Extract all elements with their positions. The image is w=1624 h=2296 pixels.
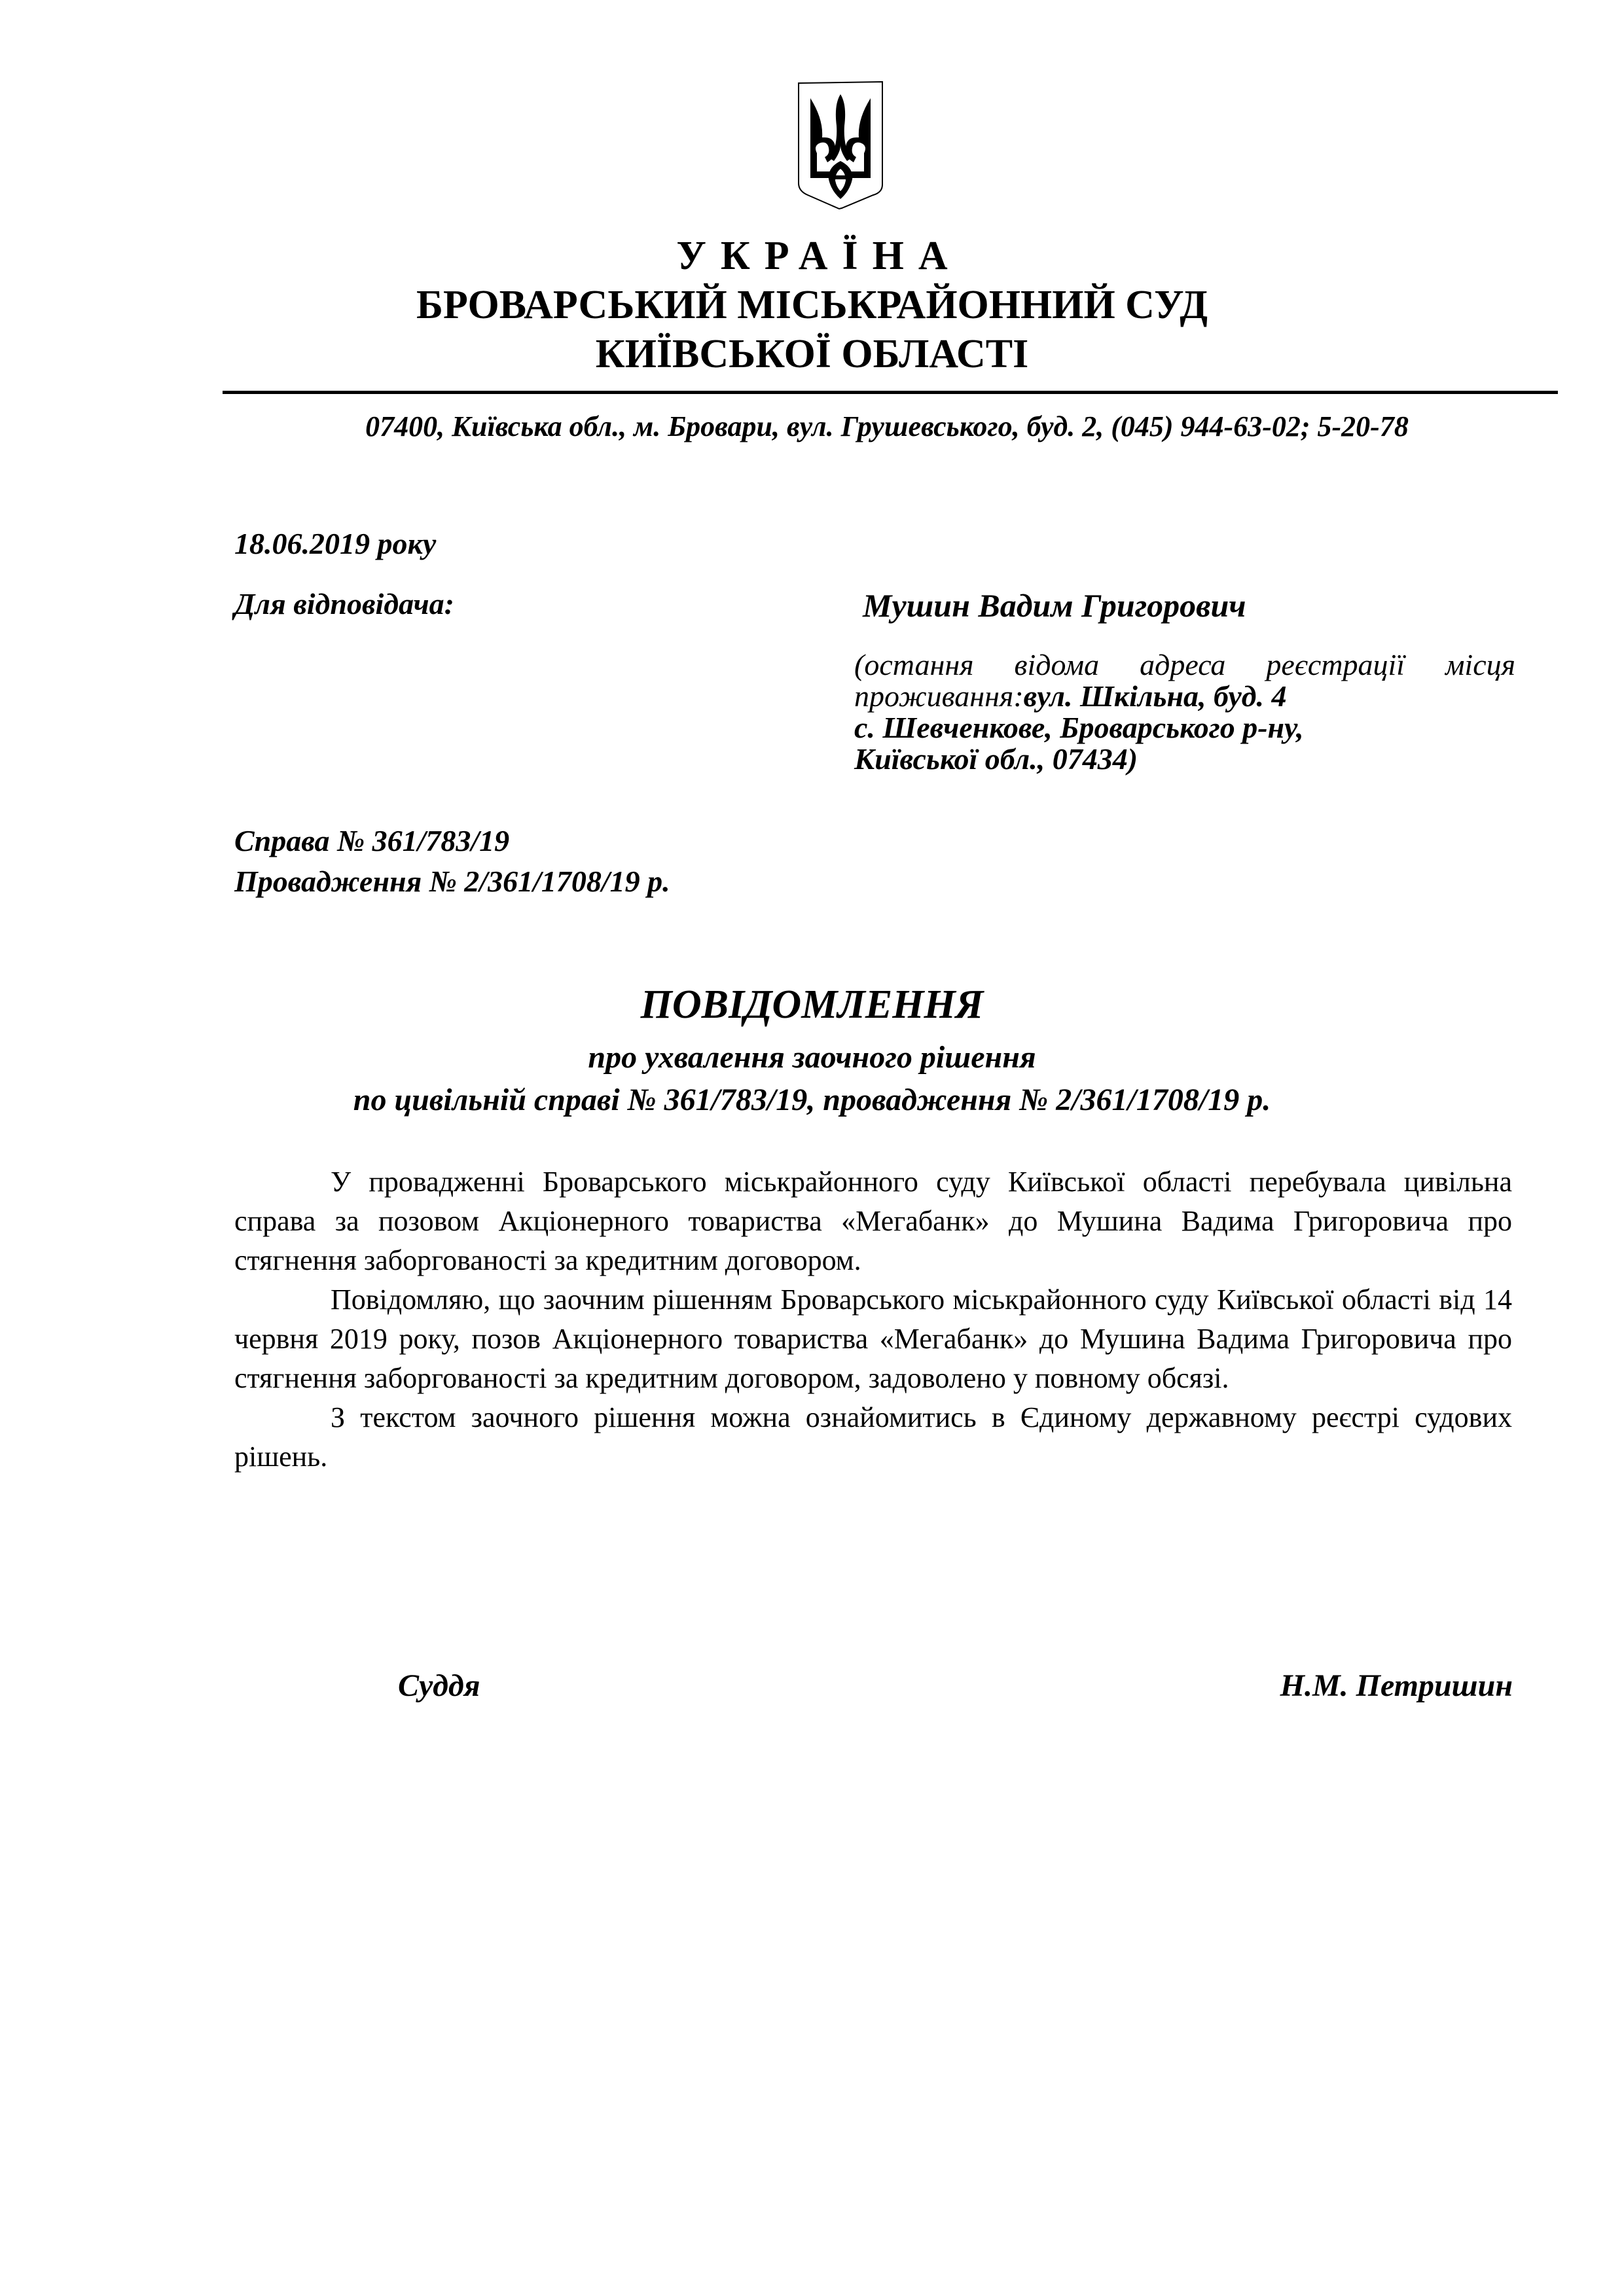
document-date: 18.06.2019 року	[234, 529, 436, 559]
signature-role: Суддя	[398, 1668, 480, 1704]
notice-paragraph: З текстом заочного рішення можна ознайом…	[234, 1398, 1512, 1477]
notice-body: У провадженні Броварського міськрайонног…	[234, 1162, 1512, 1477]
header-country: УКРАЇНА	[0, 236, 1624, 276]
notice-subtitle-1: про ухвалення заочного рішення	[0, 1039, 1624, 1075]
recipient-note-prefix: проживання:	[854, 679, 1024, 713]
notice-paragraph: У провадженні Броварського міськрайонног…	[234, 1162, 1512, 1280]
notice-paragraph: Повідомляю, що заочним рішенням Броварсь…	[234, 1280, 1512, 1398]
recipient-label: Для відповідача:	[234, 589, 454, 619]
header-divider	[223, 391, 1558, 394]
recipient-address-line: проживання:вул. Шкільна, буд. 4	[854, 681, 1515, 712]
notice-title: ПОВІДОМЛЕННЯ	[0, 982, 1624, 1028]
signature-name: Н.М. Петришин	[1280, 1668, 1513, 1704]
case-number: Справа № 361/783/19	[234, 826, 509, 856]
recipient-region: Київської обл., 07434)	[854, 744, 1515, 775]
recipient-address-block: (остання відома адреса реєстрації місця …	[854, 649, 1515, 775]
recipient-village: с. Шевченкове, Броварського р-ну,	[854, 712, 1515, 744]
recipient-street: вул. Шкільна, буд. 4	[1024, 679, 1287, 713]
court-address: 07400, Київська обл., м. Бровари, вул. Г…	[216, 410, 1558, 443]
coat-of-arms-trident-icon	[795, 80, 886, 214]
header-court-region: КИЇВСЬКОЇ ОБЛАСТІ	[0, 334, 1624, 374]
header-court-name: БРОВАРСЬКИЙ МІСЬКРАЙОННИЙ СУД	[0, 285, 1624, 325]
notice-subtitle-2: по цивільній справі № 361/783/19, провад…	[0, 1082, 1624, 1118]
recipient-name: Мушин Вадим Григорович	[863, 589, 1246, 622]
recipient-note: (остання відома адреса реєстрації місця	[854, 649, 1515, 681]
proceeding-number: Провадження № 2/361/1708/19 р.	[234, 867, 670, 897]
document-page: УКРАЇНА БРОВАРСЬКИЙ МІСЬКРАЙОННИЙ СУД КИ…	[0, 0, 1624, 2296]
